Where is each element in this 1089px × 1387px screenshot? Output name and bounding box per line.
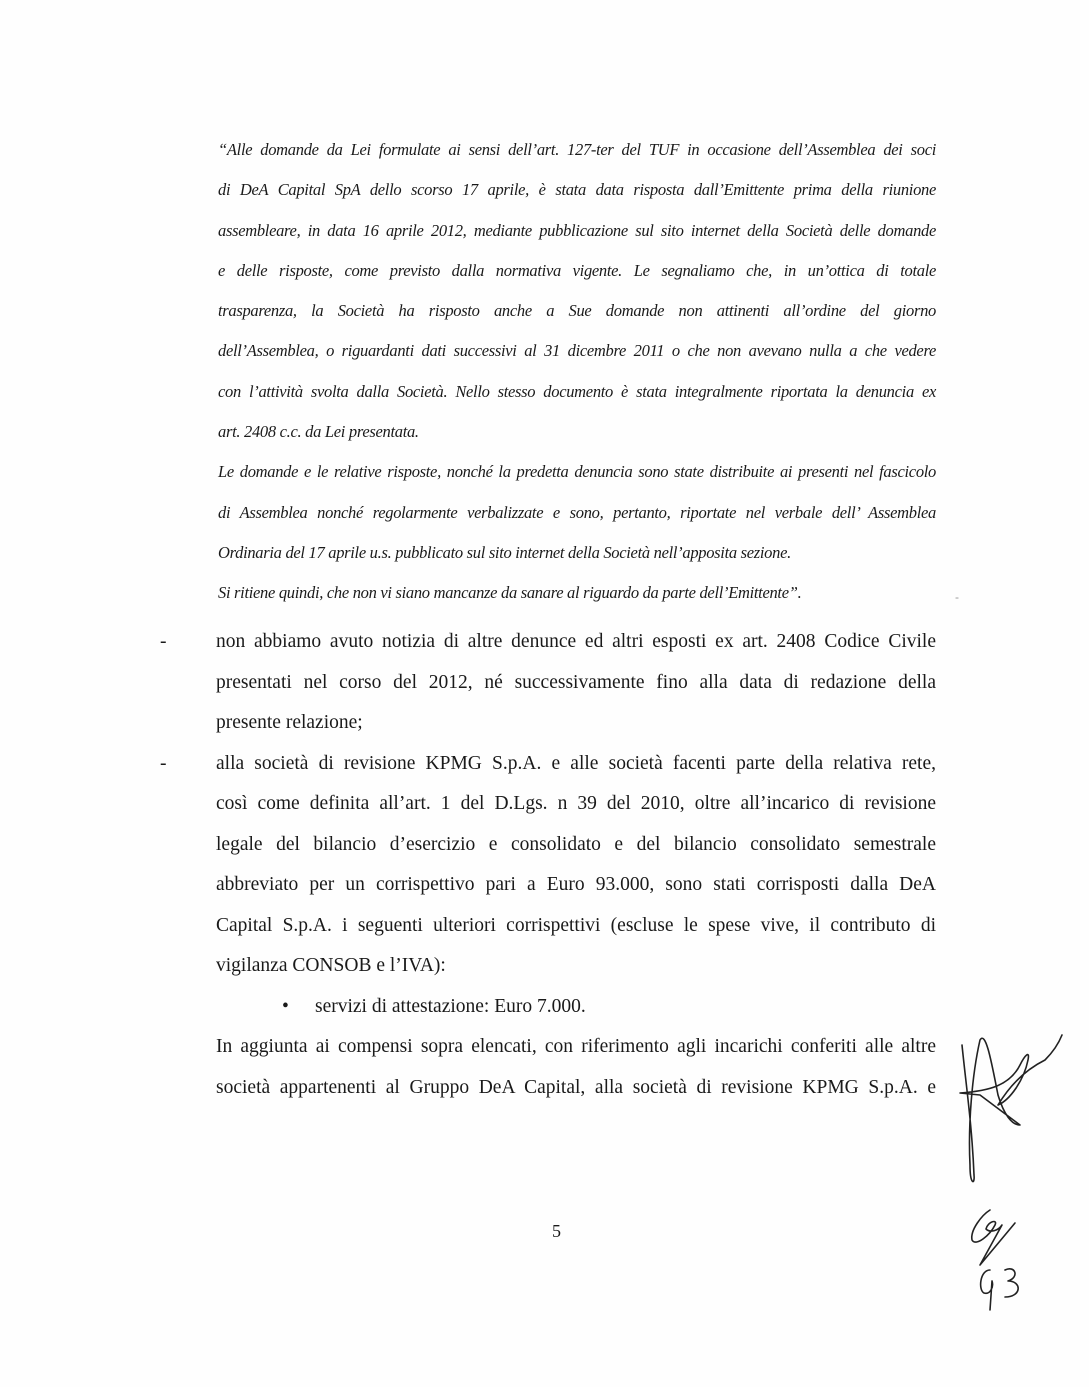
body-line: abbreviato per un corrispettivo pari a E… <box>216 865 936 906</box>
bullet-text: servizi di attestazione: Euro 7.000. <box>160 987 936 1028</box>
signature-icon <box>960 1035 1062 1182</box>
handwritten-signatures <box>950 1025 1080 1315</box>
body-line: In aggiunta ai compensi sopra elencati, … <box>216 1027 936 1068</box>
dash-marker: - <box>160 622 167 663</box>
margin-mark: - <box>955 590 959 604</box>
quote-line: e delle risposte, come previsto dalla no… <box>218 251 936 291</box>
dash-marker: - <box>160 744 167 785</box>
quote-line: assembleare, in data 16 aprile 2012, med… <box>218 211 936 251</box>
quote-line: trasparenza, la Società ha risposto anch… <box>218 291 936 331</box>
quote-line: Ordinaria del 17 aprile u.s. pubblicato … <box>218 533 936 573</box>
closing-paragraph: In aggiunta ai compensi sopra elencati, … <box>160 1027 936 1108</box>
dash-list-item: - non abbiamo avuto notizia di altre den… <box>160 622 936 744</box>
body-line: Capital S.p.A. i seguenti ulteriori corr… <box>216 906 936 947</box>
document-page: “Alle domande da Lei formulate ai sensi … <box>0 0 1089 1387</box>
body-line: presente relazione; <box>216 703 936 744</box>
quote-line: “Alle domande da Lei formulate ai sensi … <box>218 130 936 170</box>
quoted-response: “Alle domande da Lei formulate ai sensi … <box>218 130 936 614</box>
quote-line: dell’Assemblea, o riguardanti dati succe… <box>218 331 936 371</box>
quote-line: di Assemblea nonché regolarmente verbali… <box>218 493 936 533</box>
body-line: alla società di revisione KPMG S.p.A. e … <box>216 744 936 785</box>
body-text: - non abbiamo avuto notizia di altre den… <box>160 622 936 1108</box>
bullet-list-item: • servizi di attestazione: Euro 7.000. <box>160 987 936 1028</box>
body-line: società appartenenti al Gruppo DeA Capit… <box>216 1068 936 1109</box>
quote-line: Le domande e le relative risposte, nonch… <box>218 452 936 492</box>
quote-line: con l’attività svolta dalla Società. Nel… <box>218 372 936 412</box>
body-line: non abbiamo avuto notizia di altre denun… <box>216 622 936 663</box>
bullet-marker: • <box>282 987 289 1028</box>
page-number: 5 <box>552 1221 561 1242</box>
dash-list-item: - alla società di revisione KPMG S.p.A. … <box>160 744 936 987</box>
body-line: presentati nel corso del 2012, né succes… <box>216 663 936 704</box>
body-line: legale del bilancio d’esercizio e consol… <box>216 825 936 866</box>
quote-line: Si ritiene quindi, che non vi siano manc… <box>218 573 936 613</box>
body-line: così come definita all’art. 1 del D.Lgs.… <box>216 784 936 825</box>
quote-line: di DeA Capital SpA dello scorso 17 april… <box>218 170 936 210</box>
quote-line: art. 2408 c.c. da Lei presentata. <box>218 412 936 452</box>
initials-icon <box>972 1210 1015 1265</box>
body-line: vigilanza CONSOB e l’IVA): <box>216 946 936 987</box>
